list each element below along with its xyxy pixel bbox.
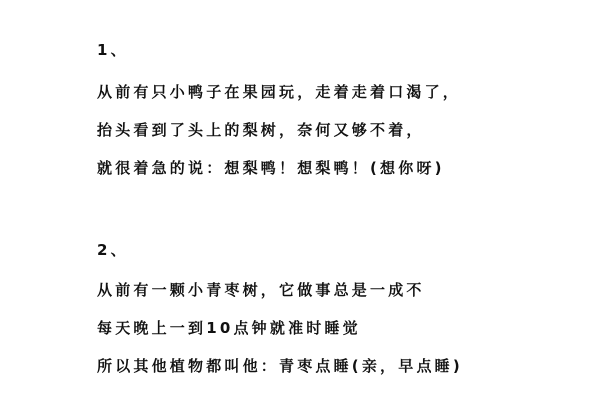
joke-2-line-1: 从前有一颗小青枣树，它做事总是一成不	[97, 280, 425, 300]
joke-1-line-2: 抬头看到了头上的梨树，奈何又够不着，	[97, 120, 425, 140]
joke-2-line-3: 所以其他植物都叫他：青枣点睡(亲，早点睡)	[97, 356, 463, 376]
joke-1-number: 1、	[97, 40, 129, 60]
joke-2-line-2: 每天晚上一到10点钟就准时睡觉	[97, 318, 361, 338]
joke-1-line-3: 就很着急的说：想梨鸭！想梨鸭！(想你呀)	[97, 158, 445, 178]
joke-1-line-1: 从前有只小鸭子在果园玩，走着走着口渴了，	[97, 82, 461, 102]
joke-2-number: 2、	[97, 240, 129, 260]
